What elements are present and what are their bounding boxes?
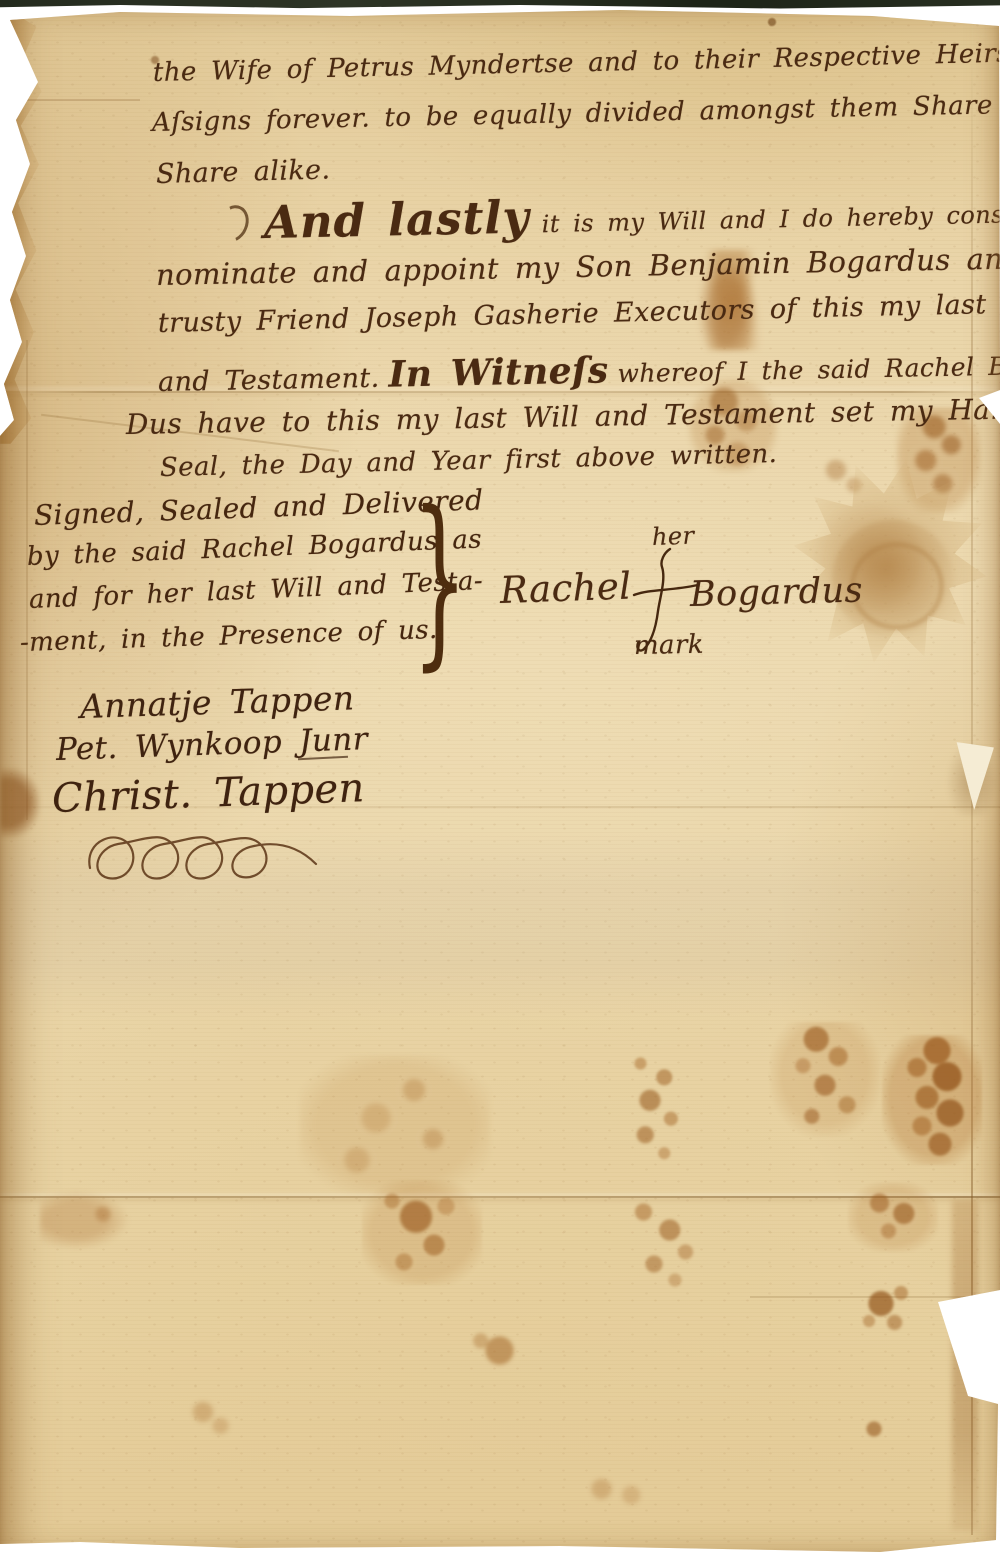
witness-signature: Pet. Wynkoop Junr xyxy=(55,720,368,770)
will-text-line: Aſsigns forever. to be equally divided a… xyxy=(152,88,1000,139)
her-mark-cross-icon xyxy=(630,545,702,664)
will-text-line: And lastlyit is my Will and I do hereby … xyxy=(217,178,1000,252)
stain-cluster xyxy=(462,1318,537,1383)
document-scan: the Wife of Petrus Myndertse and to thei… xyxy=(0,0,1000,1556)
stain-cluster xyxy=(812,446,872,506)
fold-crease xyxy=(0,99,140,101)
stain-cluster xyxy=(612,1192,717,1292)
seal-ring xyxy=(850,542,944,630)
in-witness-heading: In Witneſs xyxy=(388,349,609,395)
stain-cluster xyxy=(848,1182,938,1252)
stain-cluster xyxy=(300,1055,490,1195)
fold-crease xyxy=(750,1296,1000,1298)
attestation-brace: } xyxy=(412,464,468,695)
paragraph-flourish-icon xyxy=(212,200,255,247)
stain-cluster xyxy=(40,1190,130,1250)
signature-loop-flourish-icon xyxy=(78,820,328,899)
witness-signature: Annatje Tappen xyxy=(79,677,355,727)
stain-streak xyxy=(952,1200,978,1530)
and-lastly-heading: And lastly xyxy=(263,190,530,249)
seal-starburst xyxy=(777,444,1000,678)
scanner-edge-strip xyxy=(0,0,1000,9)
stain-cluster xyxy=(882,1035,982,1165)
stain-cluster xyxy=(770,1022,880,1137)
embossed-paper-seal xyxy=(792,458,988,664)
witness-signature: Christ. Tappen xyxy=(51,763,365,824)
will-text-line: the Wife of Petrus Myndertse and to thei… xyxy=(153,36,1000,89)
manuscript-paper: the Wife of Petrus Myndertse and to thei… xyxy=(0,0,1000,1556)
stain-edge xyxy=(0,768,40,838)
will-text-line: Seal, the Day and Year first above writt… xyxy=(160,438,778,484)
will-text-line: trusty Friend Joseph Gasherie Executors … xyxy=(158,287,1000,341)
will-text-line: and Testament.In Witneſswhereof I the sa… xyxy=(158,339,1000,402)
stain-cluster xyxy=(570,1462,660,1522)
signature-last-name: Bogardus xyxy=(689,569,863,617)
attestation-line: -ment, in the Presence of us. xyxy=(19,614,438,660)
will-text-segment: whereof I the said Rachel Bogar- xyxy=(617,350,1000,388)
will-text-line: Share alike. xyxy=(156,153,331,191)
fold-crease xyxy=(0,1196,1000,1198)
stain-cluster xyxy=(362,1180,482,1285)
will-text-segment: it is my Will and I do hereby constitute xyxy=(541,199,1000,238)
signature-first-name: Rachel xyxy=(499,563,632,614)
stain-dot xyxy=(856,1412,892,1446)
stain-cluster xyxy=(612,1052,707,1167)
stain-cluster xyxy=(845,1272,925,1342)
stain-dot xyxy=(760,12,784,32)
stain-cluster xyxy=(175,1390,245,1445)
will-text-segment: and Testament. xyxy=(158,363,380,398)
torn-left-edge xyxy=(0,14,52,444)
